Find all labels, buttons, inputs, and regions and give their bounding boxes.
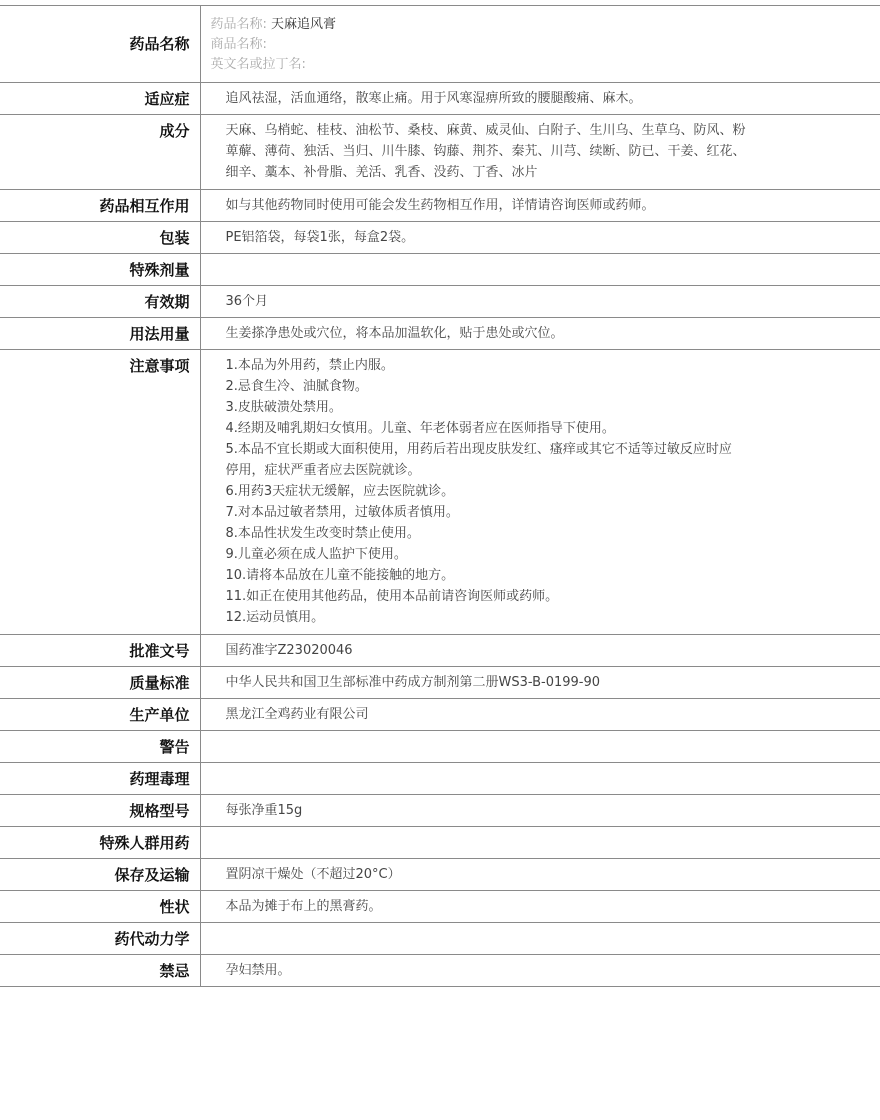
row-appearance: 性状 本品为摊于布上的黑膏药。 <box>0 891 880 923</box>
value-appearance: 本品为摊于布上的黑膏药。 <box>200 891 880 923</box>
row-precautions: 注意事项 1.本品为外用药，禁止内服。 2.忌食生冷、油腻食物。 3.皮肤破溃处… <box>0 350 880 635</box>
precaution-line: 1.本品为外用药，禁止内服。 <box>226 355 791 376</box>
ingredients-line: 细辛、藁本、补骨脂、羌活、乳香、没药、丁香、冰片 <box>226 162 791 183</box>
label-warning: 警告 <box>0 731 200 763</box>
row-quality-standard: 质量标准 中华人民共和国卫生部标准中药成方制剂第二册WS3-B-0199-90 <box>0 667 880 699</box>
value-specification: 每张净重15g <box>200 795 880 827</box>
drug-spec-table: 药品名称 药品名称: 天麻追风膏 商品名称: 英文名或拉丁名: <box>0 5 880 987</box>
value-pharmacology <box>200 763 880 795</box>
label-packaging: 包装 <box>0 222 200 254</box>
label-quality-standard: 质量标准 <box>0 667 200 699</box>
row-approval-number: 批准文号 国药准字Z23020046 <box>0 635 880 667</box>
label-pharmacology: 药理毒理 <box>0 763 200 795</box>
label-indications: 适应症 <box>0 83 200 115</box>
row-packaging: 包装 PE铝箔袋，每袋1张，每盒2袋。 <box>0 222 880 254</box>
precaution-line: 4.经期及哺乳期妇女慎用。儿童、年老体弱者应在医师指导下使用。 <box>226 418 791 439</box>
subfield-trade-name: 商品名称: <box>211 35 791 55</box>
precaution-line: 9.儿童必须在成人监护下使用。 <box>226 544 791 565</box>
value-ingredients: 天麻、乌梢蛇、桂枝、油松节、桑枝、麻黄、威灵仙、白附子、生川乌、生草乌、防风、粉… <box>200 115 880 190</box>
subfield-key: 药品名称: <box>211 17 267 32</box>
row-specification: 规格型号 每张净重15g <box>0 795 880 827</box>
row-drug-name: 药品名称 药品名称: 天麻追风膏 商品名称: 英文名或拉丁名: <box>0 6 880 83</box>
drug-spec-sheet: 药品名称 药品名称: 天麻追风膏 商品名称: 英文名或拉丁名: <box>0 5 880 987</box>
row-interactions: 药品相互作用 如与其他药物同时使用可能会发生药物相互作用，详情请咨询医师或药师。 <box>0 190 880 222</box>
row-indications: 适应症 追风祛湿，活血通络，散寒止痛。用于风寒湿痹所致的腰腿酸痛、麻木。 <box>0 83 880 115</box>
row-ingredients: 成分 天麻、乌梢蛇、桂枝、油松节、桑枝、麻黄、威灵仙、白附子、生川乌、生草乌、防… <box>0 115 880 190</box>
subfield-key: 英文名或拉丁名: <box>211 57 306 72</box>
value-manufacturer: 黑龙江全鸡药业有限公司 <box>200 699 880 731</box>
value-usage: 生姜搽净患处或穴位，将本品加温软化，贴于患处或穴位。 <box>200 318 880 350</box>
value-special-population <box>200 827 880 859</box>
label-specification: 规格型号 <box>0 795 200 827</box>
value-drug-name: 药品名称: 天麻追风膏 商品名称: 英文名或拉丁名: <box>200 6 880 83</box>
value-special-dosage <box>200 254 880 286</box>
row-special-dosage: 特殊剂量 <box>0 254 880 286</box>
precaution-line: 8.本品性状发生改变时禁止使用。 <box>226 523 791 544</box>
value-pharmacokinetics <box>200 923 880 955</box>
label-appearance: 性状 <box>0 891 200 923</box>
value-quality-standard: 中华人民共和国卫生部标准中药成方制剂第二册WS3-B-0199-90 <box>200 667 880 699</box>
precaution-line: 停用，症状严重者应去医院就诊。 <box>226 460 791 481</box>
label-interactions: 药品相互作用 <box>0 190 200 222</box>
label-precautions: 注意事项 <box>0 350 200 635</box>
precaution-line: 2.忌食生冷、油腻食物。 <box>226 376 791 397</box>
label-storage: 保存及运输 <box>0 859 200 891</box>
value-warning <box>200 731 880 763</box>
value-interactions: 如与其他药物同时使用可能会发生药物相互作用，详情请咨询医师或药师。 <box>200 190 880 222</box>
label-manufacturer: 生产单位 <box>0 699 200 731</box>
row-storage: 保存及运输 置阴凉干燥处（不超过20°C） <box>0 859 880 891</box>
precaution-line: 5.本品不宜长期或大面积使用，用药后若出现皮肤发红、瘙痒或其它不适等过敏反应时应 <box>226 439 791 460</box>
precaution-line: 7.对本品过敏者禁用，过敏体质者慎用。 <box>226 502 791 523</box>
row-shelf-life: 有效期 36个月 <box>0 286 880 318</box>
precaution-line: 3.皮肤破溃处禁用。 <box>226 397 791 418</box>
label-shelf-life: 有效期 <box>0 286 200 318</box>
precaution-line: 12.运动员慎用。 <box>226 607 791 628</box>
row-usage: 用法用量 生姜搽净患处或穴位，将本品加温软化，贴于患处或穴位。 <box>0 318 880 350</box>
label-approval-number: 批准文号 <box>0 635 200 667</box>
value-shelf-life: 36个月 <box>200 286 880 318</box>
label-ingredients: 成分 <box>0 115 200 190</box>
ingredients-line: 天麻、乌梢蛇、桂枝、油松节、桑枝、麻黄、威灵仙、白附子、生川乌、生草乌、防风、粉 <box>226 120 791 141</box>
label-special-population: 特殊人群用药 <box>0 827 200 859</box>
label-drug-name: 药品名称 <box>0 6 200 83</box>
precaution-line: 10.请将本品放在儿童不能接触的地方。 <box>226 565 791 586</box>
value-indications: 追风祛湿，活血通络，散寒止痛。用于风寒湿痹所致的腰腿酸痛、麻木。 <box>200 83 880 115</box>
label-usage: 用法用量 <box>0 318 200 350</box>
row-special-population: 特殊人群用药 <box>0 827 880 859</box>
label-contraindications: 禁忌 <box>0 955 200 987</box>
row-pharmacology: 药理毒理 <box>0 763 880 795</box>
row-manufacturer: 生产单位 黑龙江全鸡药业有限公司 <box>0 699 880 731</box>
row-contraindications: 禁忌 孕妇禁用。 <box>0 955 880 987</box>
precaution-line: 11.如正在使用其他药品，使用本品前请咨询医师或药师。 <box>226 586 791 607</box>
subfield-value: 天麻追风膏 <box>271 17 336 32</box>
subfield-key: 商品名称: <box>211 37 267 52</box>
value-precautions: 1.本品为外用药，禁止内服。 2.忌食生冷、油腻食物。 3.皮肤破溃处禁用。 4… <box>200 350 880 635</box>
subfield-latin-name: 英文名或拉丁名: <box>211 55 791 75</box>
label-pharmacokinetics: 药代动力学 <box>0 923 200 955</box>
row-pharmacokinetics: 药代动力学 <box>0 923 880 955</box>
value-packaging: PE铝箔袋，每袋1张，每盒2袋。 <box>200 222 880 254</box>
value-storage: 置阴凉干燥处（不超过20°C） <box>200 859 880 891</box>
subfield-generic-name: 药品名称: 天麻追风膏 <box>211 15 791 35</box>
row-warning: 警告 <box>0 731 880 763</box>
ingredients-line: 萆薢、薄荷、独活、当归、川牛膝、钩藤、荆芥、秦艽、川芎、续断、防已、干姜、红花、 <box>226 141 791 162</box>
value-contraindications: 孕妇禁用。 <box>200 955 880 987</box>
precaution-line: 6.用药3天症状无缓解，应去医院就诊。 <box>226 481 791 502</box>
label-special-dosage: 特殊剂量 <box>0 254 200 286</box>
value-approval-number: 国药准字Z23020046 <box>200 635 880 667</box>
